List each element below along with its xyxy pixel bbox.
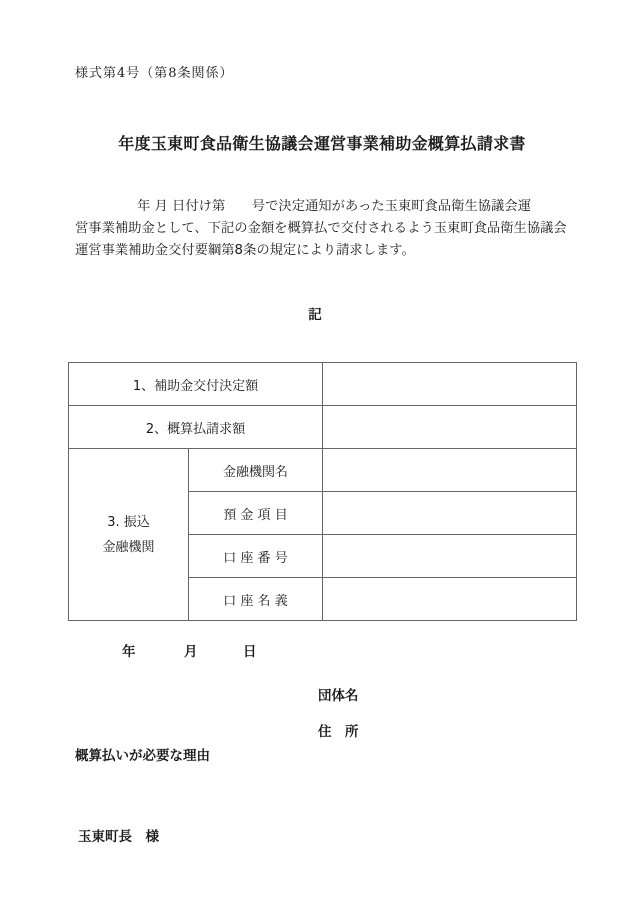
bank-transfer-group-line-2: 金融機関: [69, 535, 188, 560]
addressee-mayor: 玉東町長 様: [78, 825, 159, 845]
subsidy-table: 1、補助金交付決定額 2、概算払請求額 3. 振込 金融機関 金融機関名 預 金…: [68, 362, 577, 621]
body-paragraph: 年 月 日付け第 号で決定通知があった玉東町食品衛生協議会運 営事業補助金として…: [75, 196, 567, 262]
sublabel-account-number: 口 座 番 号: [189, 535, 323, 578]
date-day-label: 日: [243, 640, 257, 660]
body-line-1: 年 月 日付け第 号で決定通知があった玉東町食品衛生協議会運: [75, 196, 567, 218]
requested-amount-cell: [323, 406, 577, 449]
form-number: 様式第4号（第8条関係）: [75, 62, 234, 81]
bank-transfer-group-line-1: 3. 振込: [69, 510, 188, 535]
row-label-requested-amount: 2、概算払請求額: [69, 406, 323, 449]
decided-amount-cell: [323, 363, 577, 406]
sublabel-bank-name: 金融機関名: [189, 449, 323, 492]
table-row: 1、補助金交付決定額: [69, 363, 577, 406]
body-line-2: 営事業補助金として、下記の金額を概算払で交付されるよう玉東町食品衛生協議会: [75, 218, 567, 240]
reason-for-provisional-payment-label: 概算払いが必要な理由: [75, 744, 210, 764]
date-month-label: 月: [184, 640, 198, 660]
account-number-cell: [323, 535, 577, 578]
sublabel-account-holder: 口 座 名 義: [189, 578, 323, 621]
document-title: 年度玉東町食品衛生協議会運営事業補助金概算払請求書: [0, 131, 630, 154]
account-holder-cell: [323, 578, 577, 621]
row-label-decided-amount: 1、補助金交付決定額: [69, 363, 323, 406]
organization-name-label: 団体名: [318, 684, 359, 704]
date-year-label: 年: [122, 640, 136, 660]
deposit-type-cell: [323, 492, 577, 535]
sublabel-deposit-type: 預 金 項 目: [189, 492, 323, 535]
address-label: 住 所: [318, 720, 359, 740]
bank-transfer-group-label: 3. 振込 金融機関: [69, 449, 189, 621]
table-row: 3. 振込 金融機関 金融機関名: [69, 449, 577, 492]
body-line-3: 運営事業補助金交付要綱第8条の規定により請求します。: [75, 240, 567, 262]
record-marker: 記: [0, 303, 630, 323]
table-row: 2、概算払請求額: [69, 406, 577, 449]
bank-name-cell: [323, 449, 577, 492]
document-page: 様式第4号（第8条関係） 年度玉東町食品衛生協議会運営事業補助金概算払請求書 年…: [0, 0, 630, 903]
